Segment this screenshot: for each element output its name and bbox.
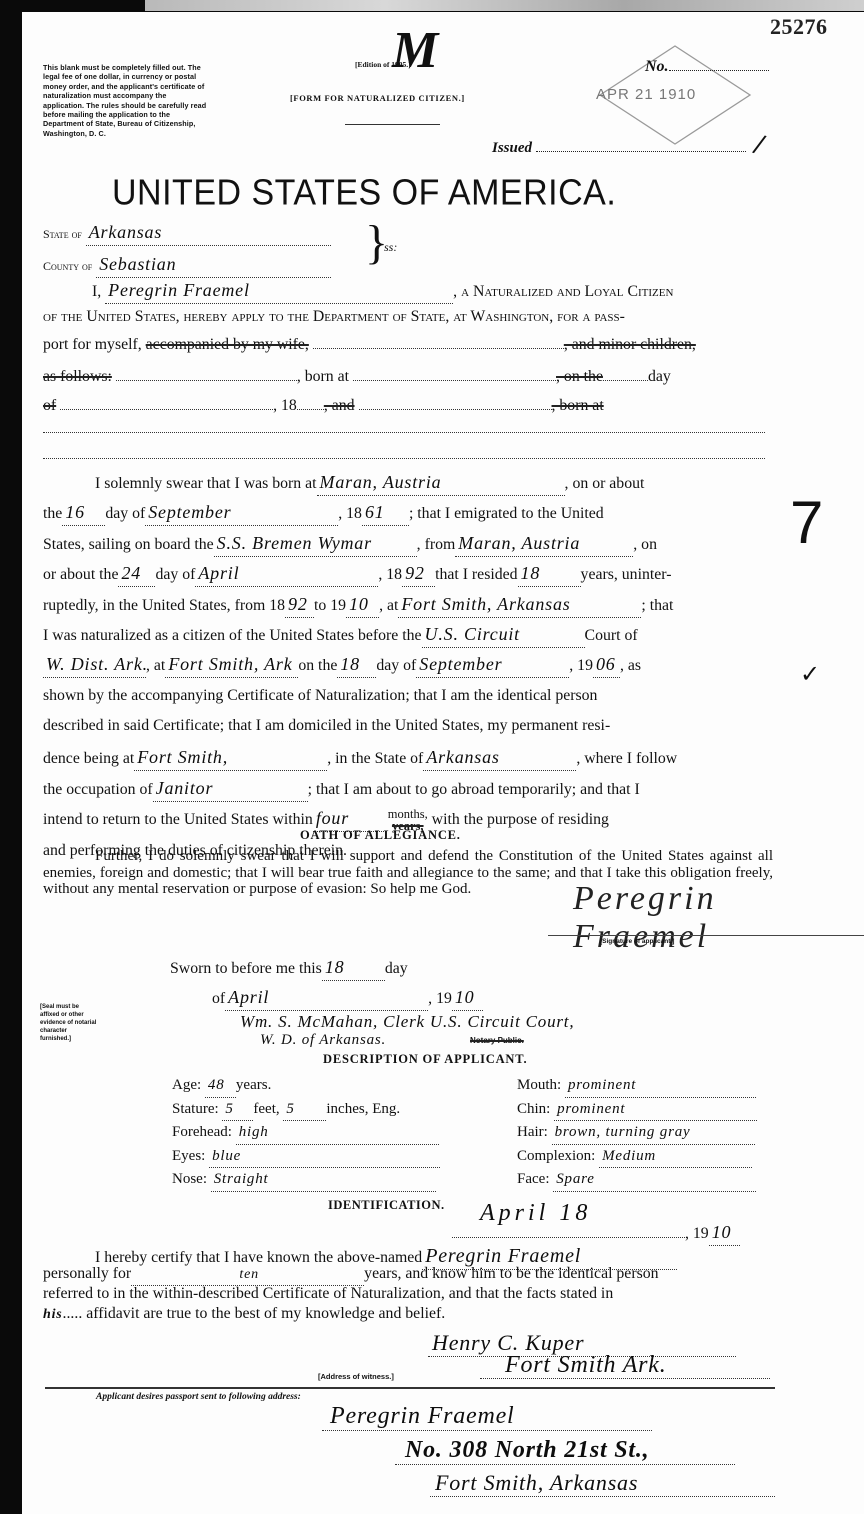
description-heading: DESCRIPTION OF APPLICANT. — [323, 1052, 527, 1067]
stature-inches: 5 — [283, 1098, 326, 1122]
form-type-label: [FORM FOR NATURALIZED CITIZEN.] — [290, 93, 465, 103]
desc-stature: Stature: 5feet, 5inches, Eng. — [172, 1098, 440, 1122]
text: , 18 — [378, 566, 402, 583]
text: ; that — [641, 597, 673, 614]
label: Eyes: — [172, 1148, 205, 1164]
application-line-5: of , 18, and , born at — [43, 393, 604, 418]
margin-check-icon: ✓ — [800, 660, 820, 689]
sworn-line-7: W. Dist. Ark., atFort Smith, Arkon the18… — [43, 652, 641, 678]
text: , 18 — [338, 505, 362, 522]
desc-mouth: Mouth: prominent — [517, 1074, 757, 1098]
line3-prefix: port for myself, — [43, 336, 142, 353]
age-value: 48 — [205, 1074, 236, 1098]
text: that I resided — [435, 566, 517, 583]
desc-chin: Chin: prominent — [517, 1098, 757, 1122]
blank-line-2 — [43, 458, 765, 459]
face-value: Spare — [553, 1168, 756, 1192]
text: , as — [620, 657, 641, 674]
description-right-column: Mouth: prominent Chin: prominent Hair: b… — [517, 1074, 757, 1192]
forehead-value: high — [236, 1121, 439, 1145]
text: I solemnly swear that I was born at — [95, 475, 317, 492]
child-year-field — [297, 409, 324, 410]
court-district: W. Dist. Ark. — [43, 652, 146, 678]
birthplace: Maran, Austria — [317, 470, 565, 496]
state-row: State of Arkansas — [43, 220, 331, 247]
text: , on — [633, 536, 657, 553]
line5-18: , 18 — [273, 397, 297, 414]
text: , in the State of — [327, 750, 423, 767]
text: dence being at — [43, 750, 134, 767]
issued-label: Issued — [492, 140, 532, 156]
sworn-before-row: Sworn to before me this18day — [170, 955, 408, 981]
eyes-value: blue — [209, 1145, 440, 1169]
label: years. — [236, 1077, 271, 1093]
child-day-field — [603, 380, 648, 381]
text: , where I follow — [576, 750, 677, 767]
emigration-year: 92 — [402, 561, 435, 587]
county-label: County of — [43, 259, 92, 273]
signature-line — [548, 935, 864, 936]
line4-born-at: , born at — [297, 368, 349, 385]
domicile-state: Arkansas — [423, 745, 576, 771]
witness-address-label: [Address of witness.] — [318, 1372, 394, 1381]
text: day of — [155, 566, 195, 583]
mailing-line-3: Fort Smith, Arkansas — [435, 1470, 638, 1496]
child-month-field — [60, 409, 273, 410]
text: I was naturalized as a citizen of the Un… — [43, 627, 422, 644]
identification-year-row: , 1910 — [452, 1220, 740, 1246]
child2-field — [359, 409, 552, 410]
mailing-line-2: No. 308 North 21st St., — [405, 1437, 649, 1464]
text: years, and know him to be the identical … — [364, 1265, 658, 1282]
naturalization-court: U.S. Circuit — [422, 622, 585, 648]
struck-of: of — [43, 397, 56, 414]
text: day — [385, 960, 408, 977]
sworn-day: 18 — [322, 955, 385, 981]
application-line-3: port for myself, accompanied by my wife,… — [43, 332, 696, 357]
residence-to-year: 10 — [346, 592, 379, 618]
struck-wife: accompanied by my wife, — [146, 336, 309, 353]
ss-label: ss: — [384, 240, 397, 255]
naturalization-month: September — [416, 652, 569, 678]
number-label: No. — [645, 58, 669, 75]
text: years, uninter- — [581, 566, 672, 583]
line4-day: day — [648, 368, 671, 385]
sworn-month: April — [225, 985, 428, 1011]
number-field: No. — [645, 58, 769, 76]
residence-place: Fort Smith, Arkansas — [398, 592, 641, 618]
struck-on-the: , on the — [556, 368, 603, 385]
occupation: Janitor — [153, 776, 308, 802]
identification-year: 10 — [709, 1220, 740, 1246]
applicant-name: Peregrin Fraemel — [105, 278, 453, 304]
oath-heading: OATH OF ALLEGIANCE. — [300, 828, 461, 843]
naturalization-year: 06 — [593, 652, 620, 678]
label: Chin: — [517, 1101, 550, 1117]
label: Complexion: — [517, 1148, 595, 1164]
ident-line-4: his..... affidavit are true to the best … — [43, 1304, 445, 1325]
birth-month: September — [145, 500, 338, 526]
edition-label: [Edition of 1905.] — [355, 60, 411, 69]
identification-heading: IDENTIFICATION. — [328, 1198, 445, 1213]
description-left-column: Age: 48years. Stature: 5feet, 5inches, E… — [172, 1074, 440, 1192]
margin-numeral: 7 — [790, 488, 823, 557]
text: , 19 — [685, 1225, 709, 1242]
text: personally for — [43, 1265, 131, 1282]
application-line-2: of the United States, hereby apply to th… — [43, 304, 625, 329]
mouth-value: prominent — [565, 1074, 756, 1098]
ship-name: S.S. Bremen Wymar — [214, 531, 417, 557]
mailing-line-1: Peregrin Fraemel — [330, 1403, 515, 1430]
desc-nose: Nose: Straight — [172, 1168, 440, 1192]
child-field — [116, 380, 297, 381]
ident-line-3: referred to in the within-described Cert… — [43, 1284, 613, 1304]
blank-line-1 — [43, 432, 765, 433]
emigration-day: 24 — [118, 561, 155, 587]
notary-official-line-1: Wm. S. McMahan, Clerk U.S. Circuit Court… — [240, 1012, 574, 1032]
issued-field: Issued — [492, 140, 746, 157]
text: , 19 — [428, 990, 452, 1007]
text: to 19 — [314, 597, 346, 614]
county-value: Sebastian — [96, 252, 331, 278]
mailing-label: Applicant desires passport sent to follo… — [96, 1392, 301, 1402]
desc-forehead: Forehead: high — [172, 1121, 440, 1145]
years-resided: 18 — [518, 561, 581, 587]
text: ruptedly, in the United States, from 18 — [43, 597, 285, 614]
scan-top-texture — [145, 0, 864, 11]
filing-notice: This blank must be completely filled out… — [43, 63, 208, 138]
text: of — [212, 990, 225, 1007]
complexion-value: Medium — [599, 1145, 752, 1169]
sworn-line-10: dence being atFort Smith,, in the State … — [43, 745, 677, 771]
text: ; that I emigrated to the United — [409, 505, 604, 522]
label: Hair: — [517, 1124, 548, 1140]
county-row: County of Sebastian — [43, 252, 331, 279]
number-dots — [669, 70, 769, 71]
sworn-line-2: the16day ofSeptember, 1861; that I emigr… — [43, 500, 604, 526]
intro-prefix: I, — [92, 283, 101, 300]
mailing-dots-2 — [395, 1464, 735, 1465]
label: Age: — [172, 1077, 201, 1093]
text: day of — [105, 505, 145, 522]
mailing-dots-3 — [430, 1496, 775, 1497]
sworn-month-row: ofApril, 1910 — [212, 985, 483, 1011]
text: , from — [417, 536, 456, 553]
ident-line-2: personally fortenyears, and know him to … — [43, 1264, 659, 1286]
stamp-date: APR 21 1910 — [596, 86, 696, 103]
application-line-4: as follows: , born at , on theday — [43, 364, 671, 389]
text: States, sailing on board the — [43, 536, 214, 553]
section-separator — [45, 1387, 775, 1389]
text: affidavit are true to the best of my kno… — [86, 1305, 445, 1322]
chin-value: prominent — [554, 1098, 757, 1122]
sworn-line-8: shown by the accompanying Certificate of… — [43, 683, 597, 708]
stature-feet: 5 — [222, 1098, 253, 1122]
state-label: State of — [43, 227, 82, 241]
wife-field — [313, 348, 564, 349]
notary-public-struck: Notary Public. — [470, 1036, 524, 1045]
struck-as-follows: as follows: — [43, 368, 112, 385]
label: Nose: — [172, 1171, 207, 1187]
text: with the purpose of residing — [432, 811, 609, 828]
domicile-city: Fort Smith, — [134, 745, 327, 771]
text: Sworn to before me this — [170, 960, 322, 977]
sworn-line-11: the occupation ofJanitor; that I am abou… — [43, 776, 640, 802]
seal-note: [Seal must be affixed or other evidence … — [40, 1003, 98, 1043]
witness-address: Fort Smith Ark. — [505, 1352, 667, 1379]
sworn-line-5: ruptedly, in the United States, from 189… — [43, 592, 673, 618]
signature-label: [Signature of applicant.] — [600, 938, 674, 945]
text: the — [43, 505, 62, 522]
label: Forehead: — [172, 1124, 232, 1140]
departure-place: Maran, Austria — [455, 531, 633, 557]
mailing-dots-1 — [322, 1430, 652, 1431]
desc-face: Face: Spare — [517, 1168, 757, 1192]
label: feet, — [253, 1101, 279, 1117]
emigration-month: April — [195, 561, 378, 587]
struck-born-at: , born at — [552, 397, 604, 414]
desc-complexion: Complexion: Medium — [517, 1145, 757, 1169]
label: Mouth: — [517, 1077, 561, 1093]
hair-value: brown, turning gray — [552, 1121, 755, 1145]
sworn-line-6: I was naturalized as a citizen of the Un… — [43, 622, 638, 648]
sworn-line-9: described in said Certificate; that I am… — [43, 713, 610, 738]
court-place: Fort Smith, Ark — [165, 652, 298, 678]
text: ; that I am about to go abroad temporari… — [308, 781, 640, 798]
birth-day: 16 — [62, 500, 105, 526]
scan-left-edge — [0, 0, 22, 1514]
desc-hair: Hair: brown, turning gray — [517, 1121, 757, 1145]
label: inches, Eng. — [326, 1101, 400, 1117]
issued-dots — [536, 151, 746, 152]
date-dots — [452, 1237, 685, 1238]
known-years: ten — [131, 1265, 364, 1286]
edition-handwritten-mark: M — [392, 25, 438, 77]
sworn-year: 10 — [452, 985, 483, 1011]
text: Court of — [585, 627, 638, 644]
nose-value: Straight — [211, 1168, 436, 1192]
witness-address-line — [480, 1378, 770, 1379]
struck-children: , and minor children, — [564, 336, 696, 353]
state-value: Arkansas — [86, 220, 331, 246]
document-number: 25276 — [770, 14, 828, 40]
text: , at — [146, 657, 165, 674]
text: , 19 — [569, 657, 593, 674]
sworn-line-4: or about the24day ofApril, 1892that I re… — [43, 561, 671, 587]
label: Stature: — [172, 1101, 219, 1117]
label: Face: — [517, 1171, 549, 1187]
child-born-field — [353, 380, 556, 381]
text: the occupation of — [43, 781, 153, 798]
sworn-line-1: I solemnly swear that I was born atMaran… — [95, 470, 644, 496]
text: or about the — [43, 566, 118, 583]
residence-from-year: 92 — [285, 592, 314, 618]
text: , on or about — [565, 475, 645, 492]
struck-and: , and — [324, 397, 355, 414]
desc-age: Age: 48years. — [172, 1074, 440, 1098]
applicant-row: I, Peregrin Fraemel, a Naturalized and L… — [92, 278, 673, 304]
desc-eyes: Eyes: blue — [172, 1145, 440, 1169]
naturalization-day: 18 — [337, 652, 376, 678]
sworn-line-3: States, sailing on board theS.S. Bremen … — [43, 531, 657, 557]
header-rule — [345, 124, 440, 125]
page-title: UNITED STATES OF AMERICA. — [112, 173, 616, 214]
text: on the — [298, 657, 337, 674]
intro-suffix: , a Naturalized and Loyal Citizen — [453, 283, 673, 300]
pronoun-field: his — [43, 1307, 63, 1322]
text: , at — [379, 597, 398, 614]
text: day of — [376, 657, 416, 674]
birth-year: 61 — [362, 500, 409, 526]
text: intend to return to the United States wi… — [43, 811, 313, 828]
notary-official-line-2: W. D. of Arkansas. — [260, 1032, 386, 1049]
